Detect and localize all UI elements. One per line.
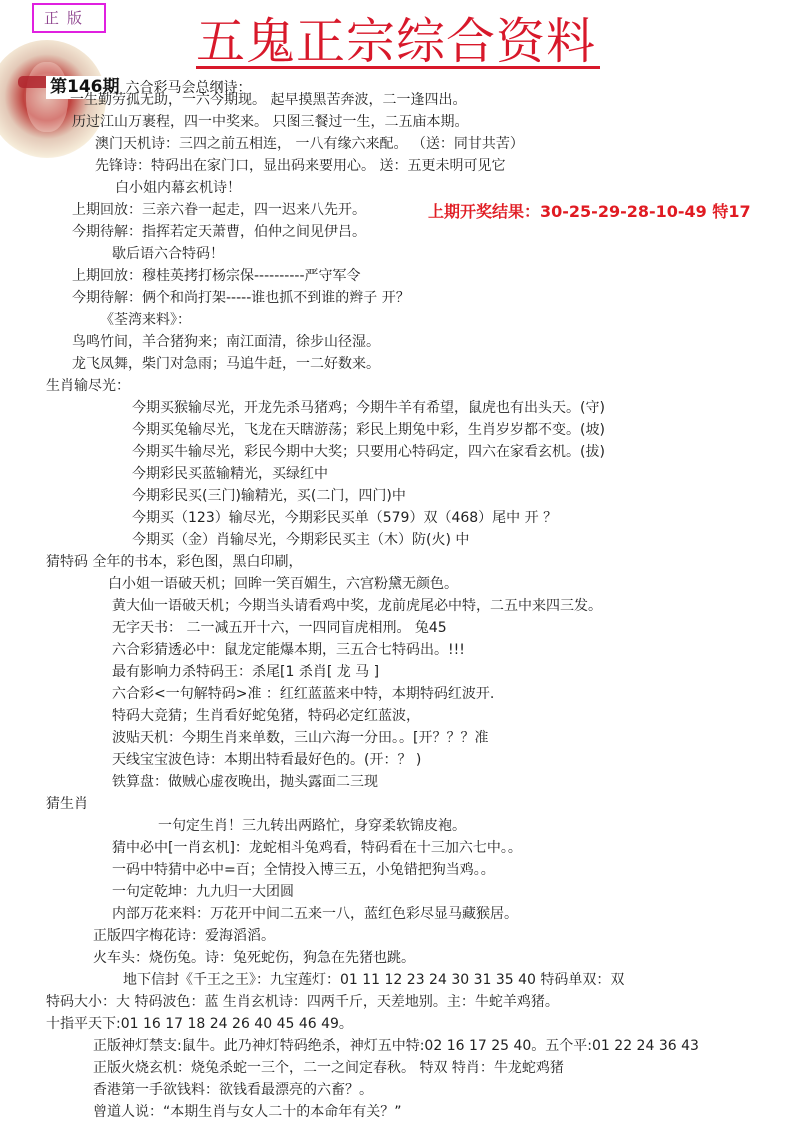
text-line: 生肖输尽光： (46, 376, 130, 396)
text-line: 龙飞凤舞，柴门对急雨；马追牛赶，一二好数来。 (72, 354, 380, 374)
text-line: 今期买（123）输尽光，今期彩民买单（579）双（468）尾中 开 ？ (132, 508, 557, 528)
text-line: 上期回放：三亲六眷一起走，四一迟来八先开。 (72, 200, 366, 220)
text-line: 特码大竞猜；生肖看好蛇兔猪，特码必定红蓝波， (112, 706, 420, 726)
text-line: 波贴天机：今期生肖来单数，三山六海一分田。。[开？？？准 (112, 728, 488, 748)
text-line: 正版火烧玄机：烧兔杀蛇一三个，二一之间定春秋。 特双 特肖：牛龙蛇鸡猪 (93, 1058, 564, 1078)
text-line: 猜中必中[一肖玄机]：龙蛇相斗兔鸡看，特码看在十三加六七中。。 (112, 838, 522, 858)
text-line: 先锋诗：特码出在家门口，显出码来要用心。 送：五更未明可见它 (95, 156, 505, 176)
text-line: 今期买牛输尽光，彩民今期中大奖；只要用心特码定，四六在家看玄机。(拔) (132, 442, 605, 462)
page-title: 五鬼正宗综合资料 (196, 14, 596, 70)
text-line: 一句定乾坤：九九归一大团圆 (112, 882, 294, 902)
text-line: 一句定生肖！三九转出两路忙，身穿柔软锦皮袍。 (158, 816, 466, 836)
text-line: 白小姐一语破天机；回眸一笑百媚生，六宫粉黛无颜色。 (108, 574, 458, 594)
genuine-badge: 正版 (32, 3, 106, 33)
text-line: 十指平天下:01 16 17 18 24 26 40 45 46 49。 (46, 1014, 353, 1034)
text-line: 火车头：烧伤兔。诗：兔死蛇伤，狗急在先猪也跳。 (93, 948, 415, 968)
text-line: 今期待解：指挥若定天萧曹，伯仲之间见伊吕。 (72, 222, 366, 242)
text-line: 铁算盘：做贼心虚夜晚出，抛头露面二三现 (112, 772, 378, 792)
text-line: 特码大小：大 特码波色：蓝 生肖玄机诗：四两千斤，天差地别。主：牛蛇羊鸡猪。 (46, 992, 559, 1012)
text-line: 今期彩民买蓝输精光，买绿红中 (132, 464, 328, 484)
text-line: 最有影响力杀特码王：杀尾[1 杀肖[ 龙 马 ] (112, 662, 379, 682)
text-line: 猜生肖 (46, 794, 88, 814)
text-line: 猜特码 全年的书本，彩色图，黑白印刷， (46, 552, 302, 572)
text-line: 正版四字梅花诗：爱海滔滔。 (93, 926, 275, 946)
text-line: 六合彩<一句解特码>准 ：红红蓝蓝来中特，本期特码红波开. (112, 684, 494, 704)
text-line: 《荃湾来料》： (100, 310, 191, 330)
text-line: 歇后语六合特码！ (112, 244, 224, 264)
text-line: 一生勤劳孤无助，一六今期现。 起早摸黑苦奔波，二一逢四出。 (70, 90, 466, 110)
text-line: 内部万花来料：万花开中间二五来一八，蓝红色彩尽显马藏猴居。 (112, 904, 518, 924)
text-line: 无字天书： 二一减五开十六，一四同盲虎相刑。 兔45 (112, 618, 447, 638)
text-line: 澳门天机诗：三四之前五相连， 一八有缘六来配。 （送：同甘共苦） (95, 134, 524, 154)
text-line: 鸟鸣竹间，羊合猪狗来；南江面清，徐步山径湿。 (72, 332, 380, 352)
text-line: 今期彩民买(三门)输精光，买(二门，四门)中 (132, 486, 406, 506)
text-line: 黄大仙一语破天机；今期当头请看鸡中奖，龙前虎尾必中特，二五中来四三发。 (112, 596, 602, 616)
text-line: 今期买猴输尽光，开龙先杀马猪鸡；今期牛羊有希望，鼠虎也有出头天。(守) (132, 398, 605, 418)
text-line: 地下信封《千王之王》：九宝莲灯：01 11 12 23 24 30 31 35 … (123, 970, 624, 990)
title-underline (196, 66, 600, 69)
text-line: 今期买兔输尽光，飞龙在天瞎游荡；彩民上期兔中彩，生肖岁岁都不变。(坡) (132, 420, 605, 440)
text-line: 一码中特猜中必中=百；全情投入博三五，小兔错把狗当鸡。。 (112, 860, 495, 880)
text-line: 今期买（金）肖输尽光，今期彩民买主（木）防(火) 中 (132, 530, 469, 550)
text-line: 正版神灯禁支:鼠牛。此乃神灯特码绝杀，神灯五中特:02 16 17 25 40。… (93, 1036, 699, 1056)
last-draw-result: 上期开奖结果：30-25-29-28-10-49 特17 (428, 200, 751, 224)
text-line: 香港第一手欲钱料：欲钱看最漂亮的六畜？。 (93, 1080, 373, 1100)
text-line: 白小姐内幕玄机诗！ (115, 178, 241, 198)
text-line: 历过江山万裹程，四一中奖来。 只图三餐过一生，二五庙本期。 (72, 112, 468, 132)
text-line: 今期待解：俩个和尚打架-----谁也抓不到谁的辫子 开？ (72, 288, 410, 308)
text-line: 天线宝宝波色诗：本期出特看最好色的。(开：？ ) (112, 750, 421, 770)
text-line: 六合彩猜透必中：鼠龙定能爆本期，三五合七特码出。!!! (112, 640, 465, 660)
text-line: 曾道人说：“本期生肖与女人二十的本命年有关？” (93, 1102, 402, 1122)
text-line: 上期回放：穆桂英拷打杨宗保----------严守军令 (72, 266, 361, 286)
